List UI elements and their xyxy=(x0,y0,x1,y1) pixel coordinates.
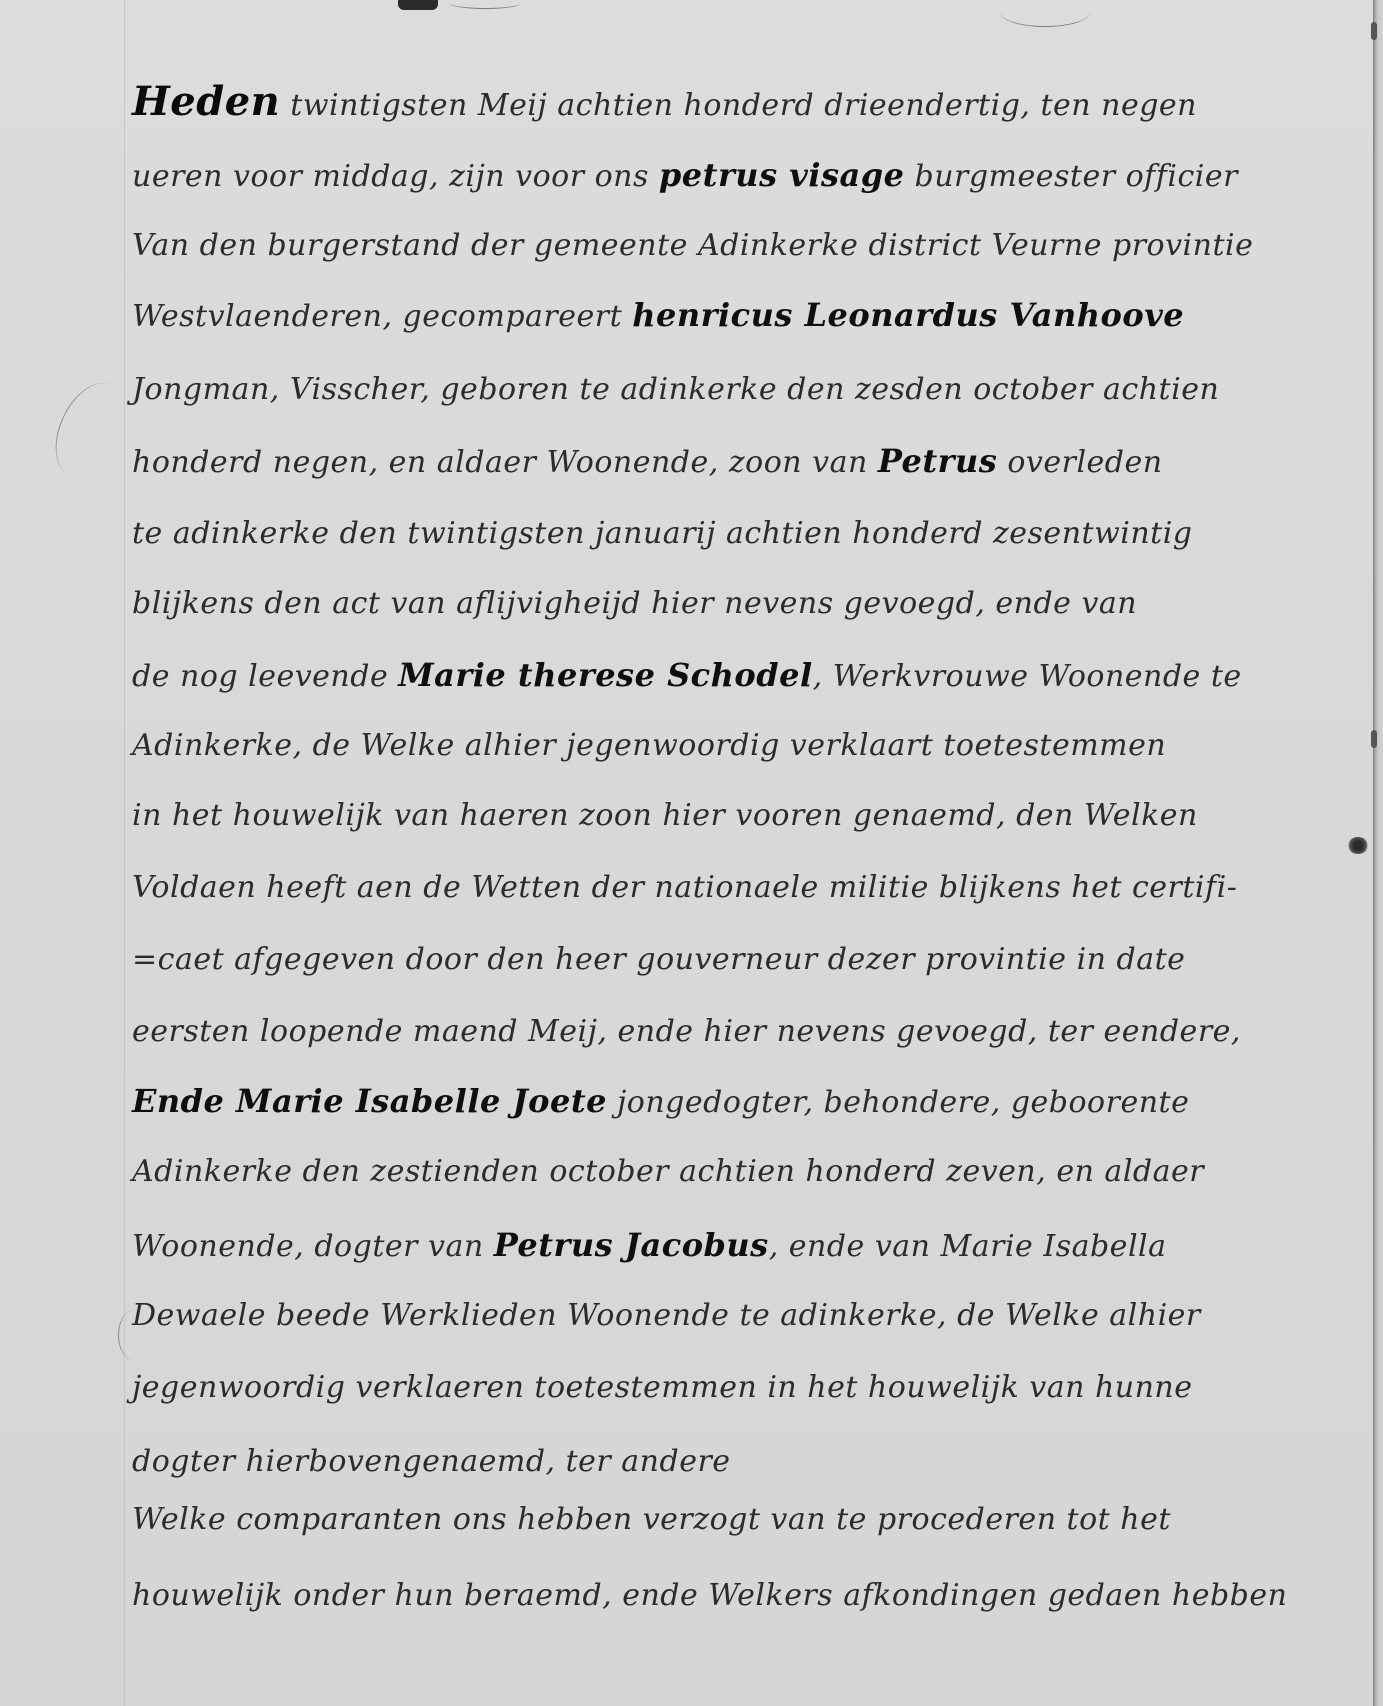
line-text: eersten loopende maend Meij, ende hier n… xyxy=(132,1014,1241,1049)
line-text: twintigsten Meij achtien honderd drieend… xyxy=(280,88,1197,123)
line-text: Van den burgerstand der gemeente Adinker… xyxy=(132,228,1253,263)
previous-record-scrawl xyxy=(450,0,520,9)
line-text: Welke comparanten ons hebben verzogt van… xyxy=(132,1502,1171,1537)
text-line-21: Welke comparanten ons hebben verzogt van… xyxy=(132,1502,1171,1537)
line-text: ueren voor middag, zijn voor ons xyxy=(132,159,659,194)
groom-mother-name: Marie therese Schodel xyxy=(398,656,812,694)
text-line-9: de nog leevende Marie therese Schodel, W… xyxy=(132,656,1242,694)
groom-name: henricus Leonardus Vanhoove xyxy=(632,296,1184,334)
text-line-2: ueren voor middag, zijn voor ons petrus … xyxy=(132,156,1238,194)
text-line-18: Dewaele beede Werklieden Woonende te adi… xyxy=(132,1298,1201,1333)
line-text: in het houwelijk van haeren zoon hier vo… xyxy=(132,798,1198,833)
groom-father-name: Petrus xyxy=(878,442,997,480)
text-line-19: jegenwoordig verklaeren toetestemmen in … xyxy=(132,1370,1193,1405)
page-binding-edge xyxy=(1373,0,1383,1706)
line-text: blijkens den act van aflijvigheijd hier … xyxy=(132,586,1137,621)
line-text: Westvlaenderen, gecompareert xyxy=(132,299,632,334)
text-line-8: blijkens den act van aflijvigheijd hier … xyxy=(132,586,1137,621)
line-text: Adinkerke, de Welke alhier jegenwoordig … xyxy=(132,728,1166,763)
text-line-1: Heden twintigsten Meij achtien honderd d… xyxy=(132,78,1197,125)
text-line-10: Adinkerke, de Welke alhier jegenwoordig … xyxy=(132,728,1166,763)
line-text: , Werkvrouwe Woonende te xyxy=(813,659,1242,694)
line-text: de nog leevende xyxy=(132,659,398,694)
line-text: Jongman, Visscher, geboren te adinkerke … xyxy=(132,372,1219,407)
line-text: te adinkerke den twintigsten januarij ac… xyxy=(132,516,1193,551)
line-text: overleden xyxy=(997,445,1162,480)
line-text: jegenwoordig verklaeren toetestemmen in … xyxy=(132,1370,1193,1405)
text-line-22: houwelijk onder hun beraemd, ende Welker… xyxy=(132,1578,1287,1613)
text-line-4: Westvlaenderen, gecompareert henricus Le… xyxy=(132,296,1184,334)
mayor-name: petrus visage xyxy=(659,156,905,194)
line-text: Woonende, dogter van xyxy=(132,1229,494,1264)
text-line-11: in het houwelijk van haeren zoon hier vo… xyxy=(132,798,1198,833)
line-text: , ende van Marie Isabella xyxy=(769,1229,1167,1264)
line-text: Voldaen heeft aen de Wetten der nationae… xyxy=(132,870,1237,905)
line-text: Adinkerke den zestienden october achtien… xyxy=(132,1154,1204,1189)
text-line-20: dogter hierbovengenaemd, ter andere xyxy=(132,1444,731,1479)
line-text: =caet afgegeven door den heer gouverneur… xyxy=(132,942,1185,977)
binding-notch xyxy=(1371,22,1377,40)
line-text: houwelijk onder hun beraemd, ende Welker… xyxy=(132,1578,1287,1613)
text-line-3: Van den burgerstand der gemeente Adinker… xyxy=(132,228,1253,263)
text-line-13: =caet afgegeven door den heer gouverneur… xyxy=(132,942,1185,977)
line-text: jongedogter, behondere, geboorente xyxy=(607,1085,1189,1120)
bride-father-name: Petrus Jacobus xyxy=(494,1226,769,1264)
text-line-17: Woonende, dogter van Petrus Jacobus, end… xyxy=(132,1226,1167,1264)
text-line-7: te adinkerke den twintigsten januarij ac… xyxy=(132,516,1193,551)
line-text: Dewaele beede Werklieden Woonende te adi… xyxy=(132,1298,1201,1333)
previous-record-scrawl xyxy=(1000,0,1090,27)
text-line-14: eersten loopende maend Meij, ende hier n… xyxy=(132,1014,1241,1049)
bride-name: Ende Marie Isabelle Joete xyxy=(132,1082,607,1120)
opening-word: Heden xyxy=(132,78,280,125)
text-line-16: Adinkerke den zestienden october achtien… xyxy=(132,1154,1204,1189)
line-text: burgmeester officier xyxy=(904,159,1238,194)
line-text: honderd negen, en aldaer Woonende, zoon … xyxy=(132,445,878,480)
text-line-15: Ende Marie Isabelle Joete jongedogter, b… xyxy=(132,1082,1189,1120)
previous-record-fragment xyxy=(398,0,438,10)
ink-blot xyxy=(1347,837,1369,854)
document-scan: Heden twintigsten Meij achtien honderd d… xyxy=(0,0,1383,1706)
text-line-6: honderd negen, en aldaer Woonende, zoon … xyxy=(132,442,1163,480)
line-text: dogter hierbovengenaemd, ter andere xyxy=(132,1444,731,1479)
text-line-12: Voldaen heeft aen de Wetten der nationae… xyxy=(132,870,1237,905)
text-line-5: Jongman, Visscher, geboren te adinkerke … xyxy=(132,372,1219,407)
margin-rule xyxy=(124,0,125,1706)
binding-notch xyxy=(1371,730,1377,748)
